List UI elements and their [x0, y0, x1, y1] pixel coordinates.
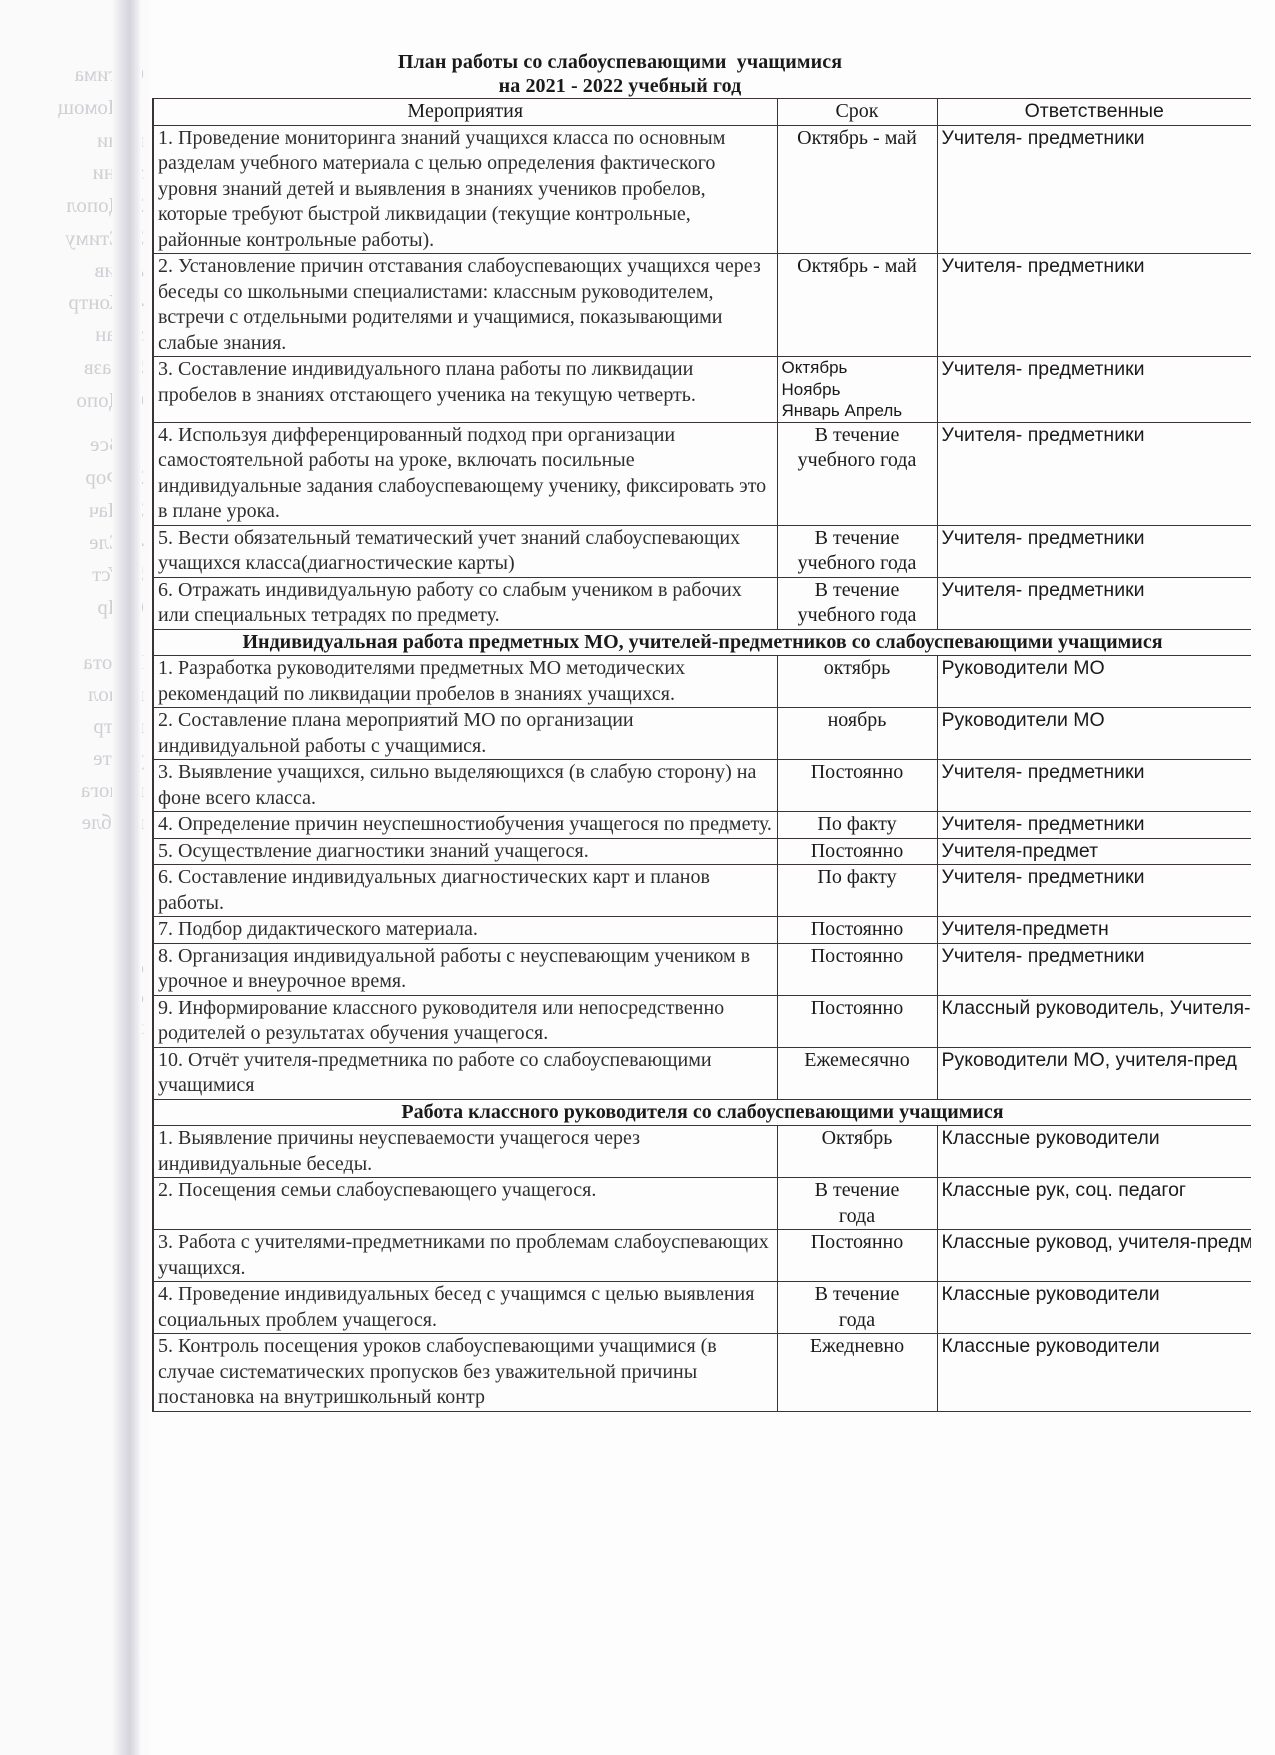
table-row: 1. Разработка руководителями предметных … [153, 656, 1251, 708]
activity-cell: 2. Установление причин отставания слабоу… [153, 254, 777, 357]
activity-cell: 1. Проведение мониторинга знаний учащихс… [153, 125, 777, 254]
term-cell: Постоянно [777, 1230, 937, 1282]
term-cell: В течение учебного года [777, 577, 937, 629]
responsible-cell: Учителя- предметники [937, 760, 1251, 812]
term-cell: Октябрь [777, 1126, 937, 1178]
activity-cell: 2. Составление плана мероприятий МО по о… [153, 708, 777, 760]
header-term: Срок [777, 99, 937, 126]
section-heading-row: Работа классного руководителя со слабоус… [153, 1099, 1251, 1126]
activity-cell: 5. Контроль посещения уроков слабоуспева… [153, 1334, 777, 1412]
activity-cell: 4. Используя дифференцированный подход п… [153, 422, 777, 525]
table-row: 2. Установление причин отставания слабоу… [153, 254, 1251, 357]
table-row: 1. Проведение мониторинга знаний учащихс… [153, 125, 1251, 254]
title-line-1: План работы со слабоуспевающими учащимис… [140, 50, 1100, 74]
responsible-cell: Учителя- предметники [937, 577, 1251, 629]
term-cell: Ежедневно [777, 1334, 937, 1412]
activity-cell: 6. Составление индивидуальных диагностич… [153, 865, 777, 917]
responsible-cell: Классные руковод, учителя-предмет [937, 1230, 1251, 1282]
table-row: 2. Составление плана мероприятий МО по о… [153, 708, 1251, 760]
table-row: 3. Работа с учителями-предметниками по п… [153, 1230, 1251, 1282]
section-heading-row: Индивидуальная работа предметных МО, учи… [153, 629, 1251, 656]
document-page: План работы со слабоуспевающими учащимис… [140, 0, 1275, 1755]
responsible-cell: Классные руководители [937, 1282, 1251, 1334]
responsible-cell: Учителя- предметники [937, 357, 1251, 423]
responsible-cell: Классные руководители [937, 1126, 1251, 1178]
term-cell: По факту [777, 865, 937, 917]
responsible-cell: Классные руководители [937, 1334, 1251, 1412]
activity-cell: 8. Организация индивидуальной работы с н… [153, 943, 777, 995]
activity-cell: 6. Отражать индивидуальную работу со сла… [153, 577, 777, 629]
responsible-cell: Руководители МО [937, 656, 1251, 708]
activity-cell: 3. Составление индивидуального плана раб… [153, 357, 777, 423]
header-responsible: Ответственные [937, 99, 1251, 126]
responsible-cell: Учителя-предметн [937, 917, 1251, 944]
term-cell: Октябрь Ноябрь Январь Апрель [777, 357, 937, 423]
activity-cell: 1. Разработка руководителями предметных … [153, 656, 777, 708]
responsible-cell: Руководители МО, учителя-пред [937, 1047, 1251, 1099]
term-cell: октябрь [777, 656, 937, 708]
table-row: 6. Отражать индивидуальную работу со сла… [153, 577, 1251, 629]
header-activities: Мероприятия [153, 99, 777, 126]
table-row: 4. Определение причин неуспешностиобучен… [153, 812, 1251, 839]
section-1-body: 1. Проведение мониторинга знаний учащихс… [153, 125, 1251, 629]
term-cell: В течение года [777, 1282, 937, 1334]
responsible-cell: Учителя- предметники [937, 422, 1251, 525]
table-row: 10. Отчёт учителя-предметника по работе … [153, 1047, 1251, 1099]
section-3-heading: Работа классного руководителя со слабоус… [153, 1099, 1251, 1126]
term-cell: Постоянно [777, 838, 937, 865]
table-row: 5. Осуществление диагностики знаний учащ… [153, 838, 1251, 865]
responsible-cell: Учителя- предметники [937, 525, 1251, 577]
responsible-cell: Учителя- предметники [937, 125, 1251, 254]
title-line-2: на 2021 - 2022 учебный год [140, 74, 1100, 98]
activity-cell: 7. Подбор дидактического материала. [153, 917, 777, 944]
term-cell: Октябрь - май [777, 254, 937, 357]
responsible-cell: Учителя- предметники [937, 865, 1251, 917]
activity-cell: 5. Осуществление диагностики знаний учащ… [153, 838, 777, 865]
table-row: 4. Проведение индивидуальных бесед с уча… [153, 1282, 1251, 1334]
responsible-cell: Классный руководитель, Учителя-предмет [937, 995, 1251, 1047]
table-row: 2. Посещения семьи слабоуспевающего учащ… [153, 1178, 1251, 1230]
activity-cell: 3. Выявление учащихся, сильно выделяющих… [153, 760, 777, 812]
responsible-cell: Учителя- предметники [937, 943, 1251, 995]
activity-cell: 9. Информирование классного руководителя… [153, 995, 777, 1047]
binding-shadow [112, 0, 142, 1755]
responsible-cell: Классные рук, соц. педагог [937, 1178, 1251, 1230]
term-cell: Постоянно [777, 917, 937, 944]
table-row: 9. Информирование классного руководителя… [153, 995, 1251, 1047]
responsible-cell: Учителя- предметники [937, 254, 1251, 357]
activity-cell: 4. Определение причин неуспешностиобучен… [153, 812, 777, 839]
table-row: 8. Организация индивидуальной работы с н… [153, 943, 1251, 995]
responsible-cell: Учителя- предметники [937, 812, 1251, 839]
table-header-row: Мероприятия Срок Ответственные [153, 99, 1251, 126]
term-cell: В течение учебного года [777, 422, 937, 525]
table-row: 6. Составление индивидуальных диагностич… [153, 865, 1251, 917]
document-title: План работы со слабоуспевающими учащимис… [140, 50, 1100, 98]
activity-cell: 3. Работа с учителями-предметниками по п… [153, 1230, 777, 1282]
table-row: 4. Используя дифференцированный подход п… [153, 422, 1251, 525]
table-row: 7. Подбор дидактического материала. Пост… [153, 917, 1251, 944]
term-cell: В течение года [777, 1178, 937, 1230]
activity-cell: 1. Выявление причины неуспеваемости учащ… [153, 1126, 777, 1178]
section-2-heading: Индивидуальная работа предметных МО, учи… [153, 629, 1251, 656]
table-row: 5. Вести обязательный тематический учет … [153, 525, 1251, 577]
responsible-cell: Учителя-предмет [937, 838, 1251, 865]
term-cell: Постоянно [777, 760, 937, 812]
activity-cell: 10. Отчёт учителя-предметника по работе … [153, 1047, 777, 1099]
term-cell: ноябрь [777, 708, 937, 760]
table-row: 3. Составление индивидуального плана раб… [153, 357, 1251, 423]
term-cell: Постоянно [777, 943, 937, 995]
term-cell: По факту [777, 812, 937, 839]
section-3-body: Работа классного руководителя со слабоус… [153, 1099, 1251, 1411]
activity-cell: 4. Проведение индивидуальных бесед с уча… [153, 1282, 777, 1334]
plan-table: Мероприятия Срок Ответственные 1. Провед… [152, 98, 1251, 1412]
activity-cell: 5. Вести обязательный тематический учет … [153, 525, 777, 577]
term-cell: Октябрь - май [777, 125, 937, 254]
term-cell: В течение учебного года [777, 525, 937, 577]
responsible-cell: Руководители МО [937, 708, 1251, 760]
activity-cell: 2. Посещения семьи слабоуспевающего учащ… [153, 1178, 777, 1230]
table-row: 1. Выявление причины неуспеваемости учащ… [153, 1126, 1251, 1178]
term-cell: Постоянно [777, 995, 937, 1047]
table-row: 3. Выявление учащихся, сильно выделяющих… [153, 760, 1251, 812]
term-cell: Ежемесячно [777, 1047, 937, 1099]
table-row: 5. Контроль посещения уроков слабоуспева… [153, 1334, 1251, 1412]
section-2-body: Индивидуальная работа предметных МО, учи… [153, 629, 1251, 1099]
